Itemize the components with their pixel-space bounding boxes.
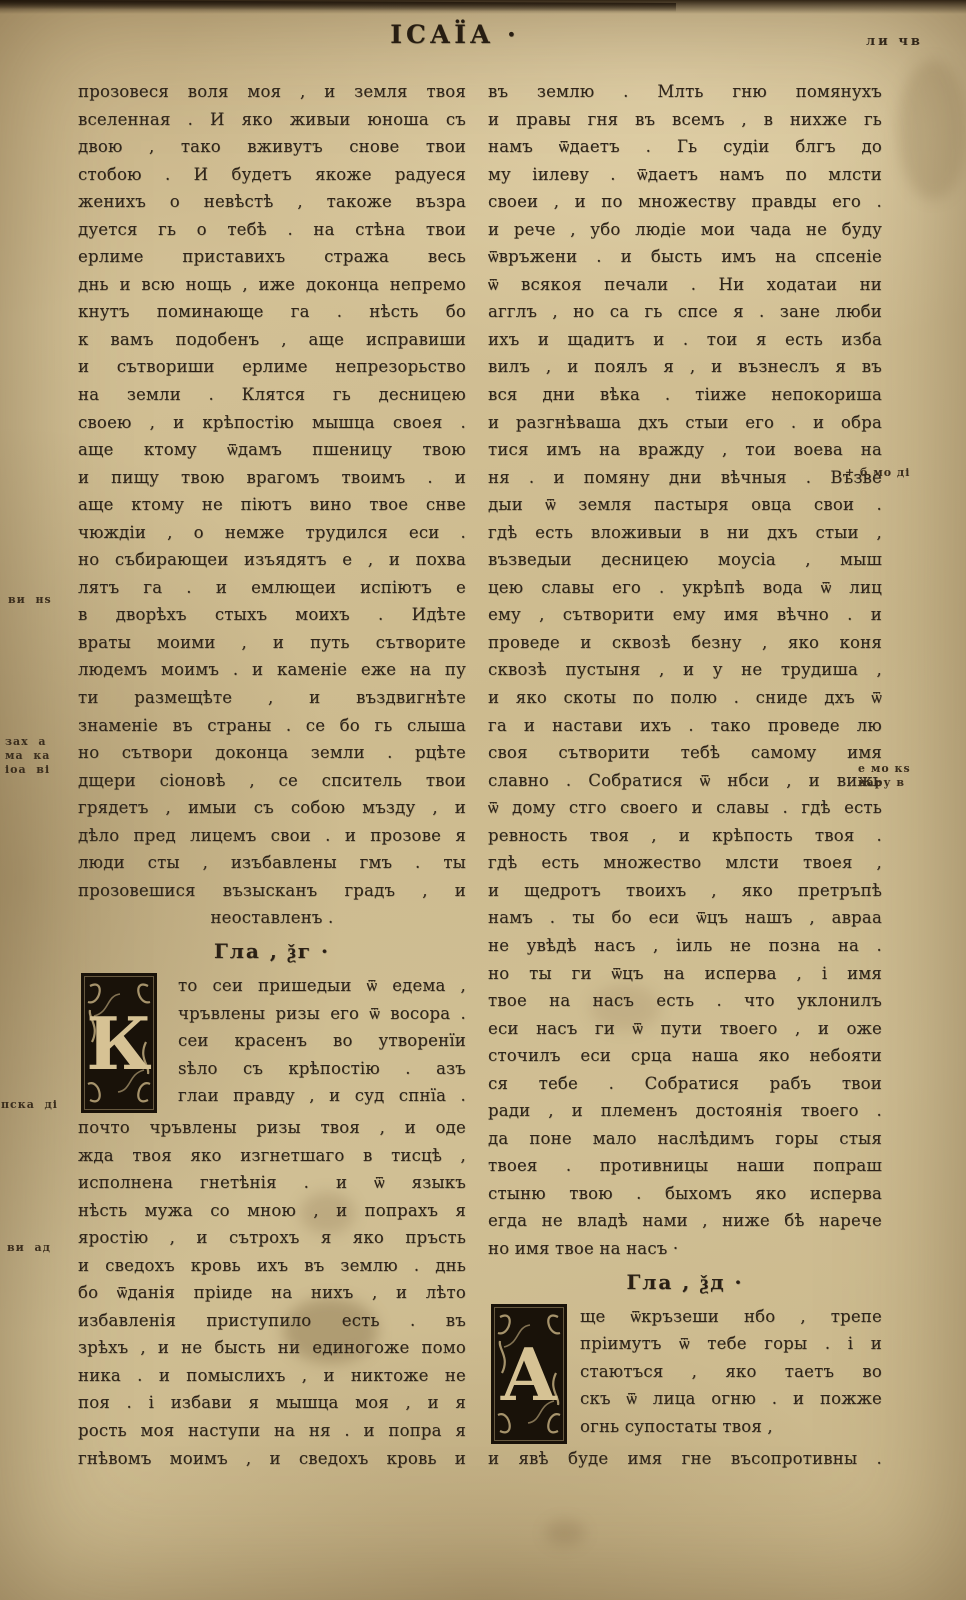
text-line: дѣло пред лицемъ свои . и прозове я <box>78 822 466 850</box>
text-line: ихъ и щадитъ и . тои я есть изба <box>488 326 882 354</box>
left-cap-lines: то сеи пришедыи ѿ едема ,чръвлены ризы е… <box>178 972 466 1110</box>
page: ІСАЇА · ли чв прозовеся воля моя , и зем… <box>0 0 966 1600</box>
text-line: въ землю . Млть гню помянухъ <box>488 78 882 106</box>
text-line: гнѣвомъ моимъ , и сведохъ кровь и <box>78 1445 466 1473</box>
drop-cap-section: К то сеи пришедыи ѿ едема ,чръвлены ризы… <box>78 972 466 1114</box>
right-column-lines: въ землю . Млть гню помянухъи правы гня … <box>488 78 882 1263</box>
text-line: но ты ги ѿцъ на исперва , і имя <box>488 960 882 988</box>
text-line: ѿ всякоя печали . Ни ходатаи ни <box>488 271 882 299</box>
margin-note: пска ді <box>1 1098 58 1112</box>
chapter-heading-64: Гла , ѯд · <box>488 1267 882 1297</box>
text-line: ѿвръжени . и бысть имъ на спсеніе <box>488 243 882 271</box>
text-line: избавленія приступило есть . въ <box>78 1307 466 1335</box>
margin-note: ви нѕ <box>8 593 52 607</box>
drop-cap-section: А ще ѿкръзеши нбо , трепепріимутъ ѿ тебе… <box>488 1303 882 1445</box>
folio-number: ли чв <box>866 34 946 49</box>
margin-note-row: е мо кѕ <box>858 762 911 776</box>
text-line: гдѣ есть множество млсти твоея , <box>488 849 882 877</box>
text-line: почто чръвлены ризы твоя , и оде <box>78 1114 466 1142</box>
margin-note: ви ад <box>7 1241 51 1255</box>
margin-note-row: пска ді <box>1 1098 58 1112</box>
text-line: твоея . противницы наши попраш <box>488 1152 882 1180</box>
text-line: и щедротъ твоихъ , яко претръпѣ <box>488 877 882 905</box>
text-line: ника . и помыслихъ , и никтоже не <box>78 1362 466 1390</box>
text-line: и сътвориши ерлиме непрезорьство <box>78 353 466 381</box>
margin-note-row: ви ад <box>7 1241 51 1255</box>
text-line: дщери сіоновѣ , се спситель твои <box>78 767 466 795</box>
text-line: неоставленъ . <box>78 904 466 932</box>
text-line: грядетъ , имыи съ собою мъзду , и <box>78 794 466 822</box>
text-line: дуется гь о тебѣ . на стѣна твои <box>78 216 466 244</box>
text-line: женихъ о невѣстѣ , такоже възра <box>78 188 466 216</box>
text-line: намъ ѿдаетъ . Гь судіи блгъ до <box>488 133 882 161</box>
text-line: стобою . И будетъ якоже радуеся <box>78 161 466 189</box>
text-line: исполнена гнетѣнія . и ѿ языкъ <box>78 1169 466 1197</box>
text-line: прозовеся воля моя , и земля твоя <box>78 78 466 106</box>
text-line: ѿ дому стго своего и славы . гдѣ есть <box>488 794 882 822</box>
margin-note-row: іоа ві <box>5 763 50 777</box>
left-column: прозовеся воля моя , и земля твоявселенн… <box>78 78 466 1472</box>
text-line: славно . Собратися ѿ нбси , и вижь <box>488 767 882 795</box>
text-line: и яко скоты по полю . сниде дхъ ѿ <box>488 684 882 712</box>
text-line: но събирающеи изъядятъ е , и похва <box>78 546 466 574</box>
paper-stain <box>545 1520 585 1546</box>
text-line: твое на насъ есть . что уклонилъ <box>488 987 882 1015</box>
text-line: и разгнѣваша дхъ стыи его . и обра <box>488 409 882 437</box>
text-line: своеи , и по множеству правды его . <box>488 188 882 216</box>
text-line: цею славы его . укрѣпѣ вода ѿ лиц <box>488 574 882 602</box>
text-line: своею , и крѣпостію мышца своея . <box>78 409 466 437</box>
text-line: на земли . Клятся гь десницею <box>78 381 466 409</box>
text-line: нѣсть мужа со мною , и попрахъ я <box>78 1197 466 1225</box>
text-line: жда твоя яко изгнетшаго в тисцѣ , <box>78 1142 466 1170</box>
text-line: ему , сътворити ему имя вѣчно . и <box>488 601 882 629</box>
margin-note: + б мо ді <box>845 466 910 480</box>
text-line: пріимутъ ѿ тебе горы . і и <box>580 1330 882 1358</box>
drop-cap-letter: А <box>500 1332 559 1417</box>
right-column-lines-after: и явѣ буде имя гне въсопротивны . <box>488 1445 882 1473</box>
margin-note: зах ама каіоа ві <box>5 735 50 777</box>
text-line: то сеи пришедыи ѿ едема , <box>178 972 466 1000</box>
text-line: га и настави ихъ . тако проведе лю <box>488 712 882 740</box>
text-line: ся тебе . Собратися рабъ твои <box>488 1070 882 1098</box>
text-line: скъ ѿ лица огню . и пожже <box>580 1385 882 1413</box>
text-line: сквозѣ пустыня , и у не трудиша , <box>488 656 882 684</box>
text-line: аще ктому ѿдамъ пшеницу твою <box>78 436 466 464</box>
text-line: ревность твоя , и крѣпость твоя . <box>488 822 882 850</box>
text-line: вселенная . И яко живыи юноша съ <box>78 106 466 134</box>
text-line: егда не владѣ нами , ниже бѣ нарече <box>488 1207 882 1235</box>
text-line: бо ѿданія пріиде на нихъ , и лѣто <box>78 1279 466 1307</box>
text-line: вилъ , и поялъ я , и възнеслъ я въ <box>488 353 882 381</box>
text-line: глаи правду , и суд спнїа . <box>178 1082 466 1110</box>
text-line: знаменіе въ страны . се бо гь слыша <box>78 712 466 740</box>
text-line: ти размещѣте , и въздвигнѣте <box>78 684 466 712</box>
text-line: сеи красенъ во утворенїи <box>178 1027 466 1055</box>
text-line: огнь супостаты твоя , <box>580 1413 882 1441</box>
ornate-initial-icon: К <box>80 972 158 1114</box>
text-line: враты моими , и путь сътворите <box>78 629 466 657</box>
left-column-lines: прозовеся воля моя , и земля твоявселенн… <box>78 78 466 932</box>
text-line: чръвлены ризы его ѿ восора . <box>178 1000 466 1028</box>
text-line: и явѣ буде имя гне въсопротивны . <box>488 1445 882 1473</box>
margin-note-row: вару в <box>858 776 911 790</box>
text-line: да поне мало наслѣдимъ горы стыя <box>488 1125 882 1153</box>
text-line: но имя твое на насъ · <box>488 1235 882 1263</box>
text-line: яростію , и сътрохъ я яко пръсть <box>78 1224 466 1252</box>
drop-cap-letter: К <box>86 1001 152 1086</box>
text-line: намъ . ты бо еси ѿцъ нашъ , авраа <box>488 904 882 932</box>
text-line: гдѣ есть вложивыи в ни дхъ стыи , <box>488 519 882 547</box>
text-line: ѕѣло съ крѣпостію . азъ <box>178 1055 466 1083</box>
text-line: и рече , убо людіе мои чада не буду <box>488 216 882 244</box>
ornate-initial-icon: А <box>490 1303 568 1445</box>
right-cap-lines: ще ѿкръзеши нбо , трепепріимутъ ѿ тебе г… <box>580 1303 882 1441</box>
text-line: прозовешися възысканъ градъ , и <box>78 877 466 905</box>
text-line: вся дни вѣка . тіиже непокориша <box>488 381 882 409</box>
text-line: в дворѣхъ стыхъ моихъ . Идѣте <box>78 601 466 629</box>
text-line: и сведохъ кровь ихъ въ землю . днь <box>78 1252 466 1280</box>
text-line: възведыи десницею моусіа , мыш <box>488 546 882 574</box>
margin-note-row: + б мо ді <box>845 466 910 480</box>
text-line: своя сътворити тебѣ самому имя <box>488 739 882 767</box>
text-line: к вамъ подобенъ , аще исправиши <box>78 326 466 354</box>
text-line: лятъ га . и емлющеи испіютъ е <box>78 574 466 602</box>
text-line: чюждіи , о немже трудился еси . <box>78 519 466 547</box>
margin-note-row: зах а <box>5 735 50 749</box>
text-line: днь и всю нощь , иже доконца непремо <box>78 271 466 299</box>
text-line: ради , и племенъ достоянія твоего . <box>488 1097 882 1125</box>
text-line: ня . и помяну дни вѣчныя . Възве <box>488 464 882 492</box>
text-line: и пищу твою врагомъ твоимъ . и <box>78 464 466 492</box>
paper-stain <box>898 60 966 200</box>
text-line: еси насъ ги ѿ пути твоего , и оже <box>488 1015 882 1043</box>
page-title: ІСАЇА · <box>360 20 550 49</box>
text-line: му іилеву . ѿдаетъ намъ по млсти <box>488 161 882 189</box>
text-line: двою , тако вживутъ снове твои <box>78 133 466 161</box>
text-line: проведе и сквозѣ безну , яко коня <box>488 629 882 657</box>
margin-note: е мо кѕвару в <box>858 762 911 790</box>
margin-note-row: ви нѕ <box>8 593 52 607</box>
margin-note-row: ма ка <box>5 749 50 763</box>
text-line: не увѣдѣ насъ , іиль не позна на . <box>488 932 882 960</box>
text-line: людемъ моимъ . и каменіе еже на пу <box>78 656 466 684</box>
left-column-lines-after: почто чръвлены ризы твоя , и одежда твоя… <box>78 1114 466 1472</box>
text-line: стыню твою . быхомъ яко исперва <box>488 1180 882 1208</box>
text-line: тися имъ на вражду , тои воева на <box>488 436 882 464</box>
chapter-heading-63: Гла , ѯг · <box>78 936 466 966</box>
text-line: агглъ , но са гь спсе я . зане люби <box>488 298 882 326</box>
text-line: поя . і избави я мышца моя , и я <box>78 1389 466 1417</box>
text-line: сточилъ еси срца наша яко небояти <box>488 1042 882 1070</box>
text-line: и правы гня въ всемъ , в нихже гь <box>488 106 882 134</box>
text-line: стаютъся , яко таетъ во <box>580 1358 882 1386</box>
text-line: аще ктому не піютъ вино твое снве <box>78 491 466 519</box>
text-line: ще ѿкръзеши нбо , трепе <box>580 1303 882 1331</box>
text-line: люди сты , изъбавлены гмъ . ты <box>78 849 466 877</box>
text-line: рость моя наступи на ня . и попра я <box>78 1417 466 1445</box>
text-line: дыи ѿ земля пастыря овца свои . <box>488 491 882 519</box>
right-column: въ землю . Млть гню помянухъи правы гня … <box>488 78 882 1472</box>
text-line: кнутъ поминающе га . нѣсть бо <box>78 298 466 326</box>
text-line: но сътвори доконца земли . рцѣте <box>78 739 466 767</box>
text-line: зрѣхъ , и не бысть ни единогоже помо <box>78 1334 466 1362</box>
text-line: ерлиме приставихъ стража весь <box>78 243 466 271</box>
